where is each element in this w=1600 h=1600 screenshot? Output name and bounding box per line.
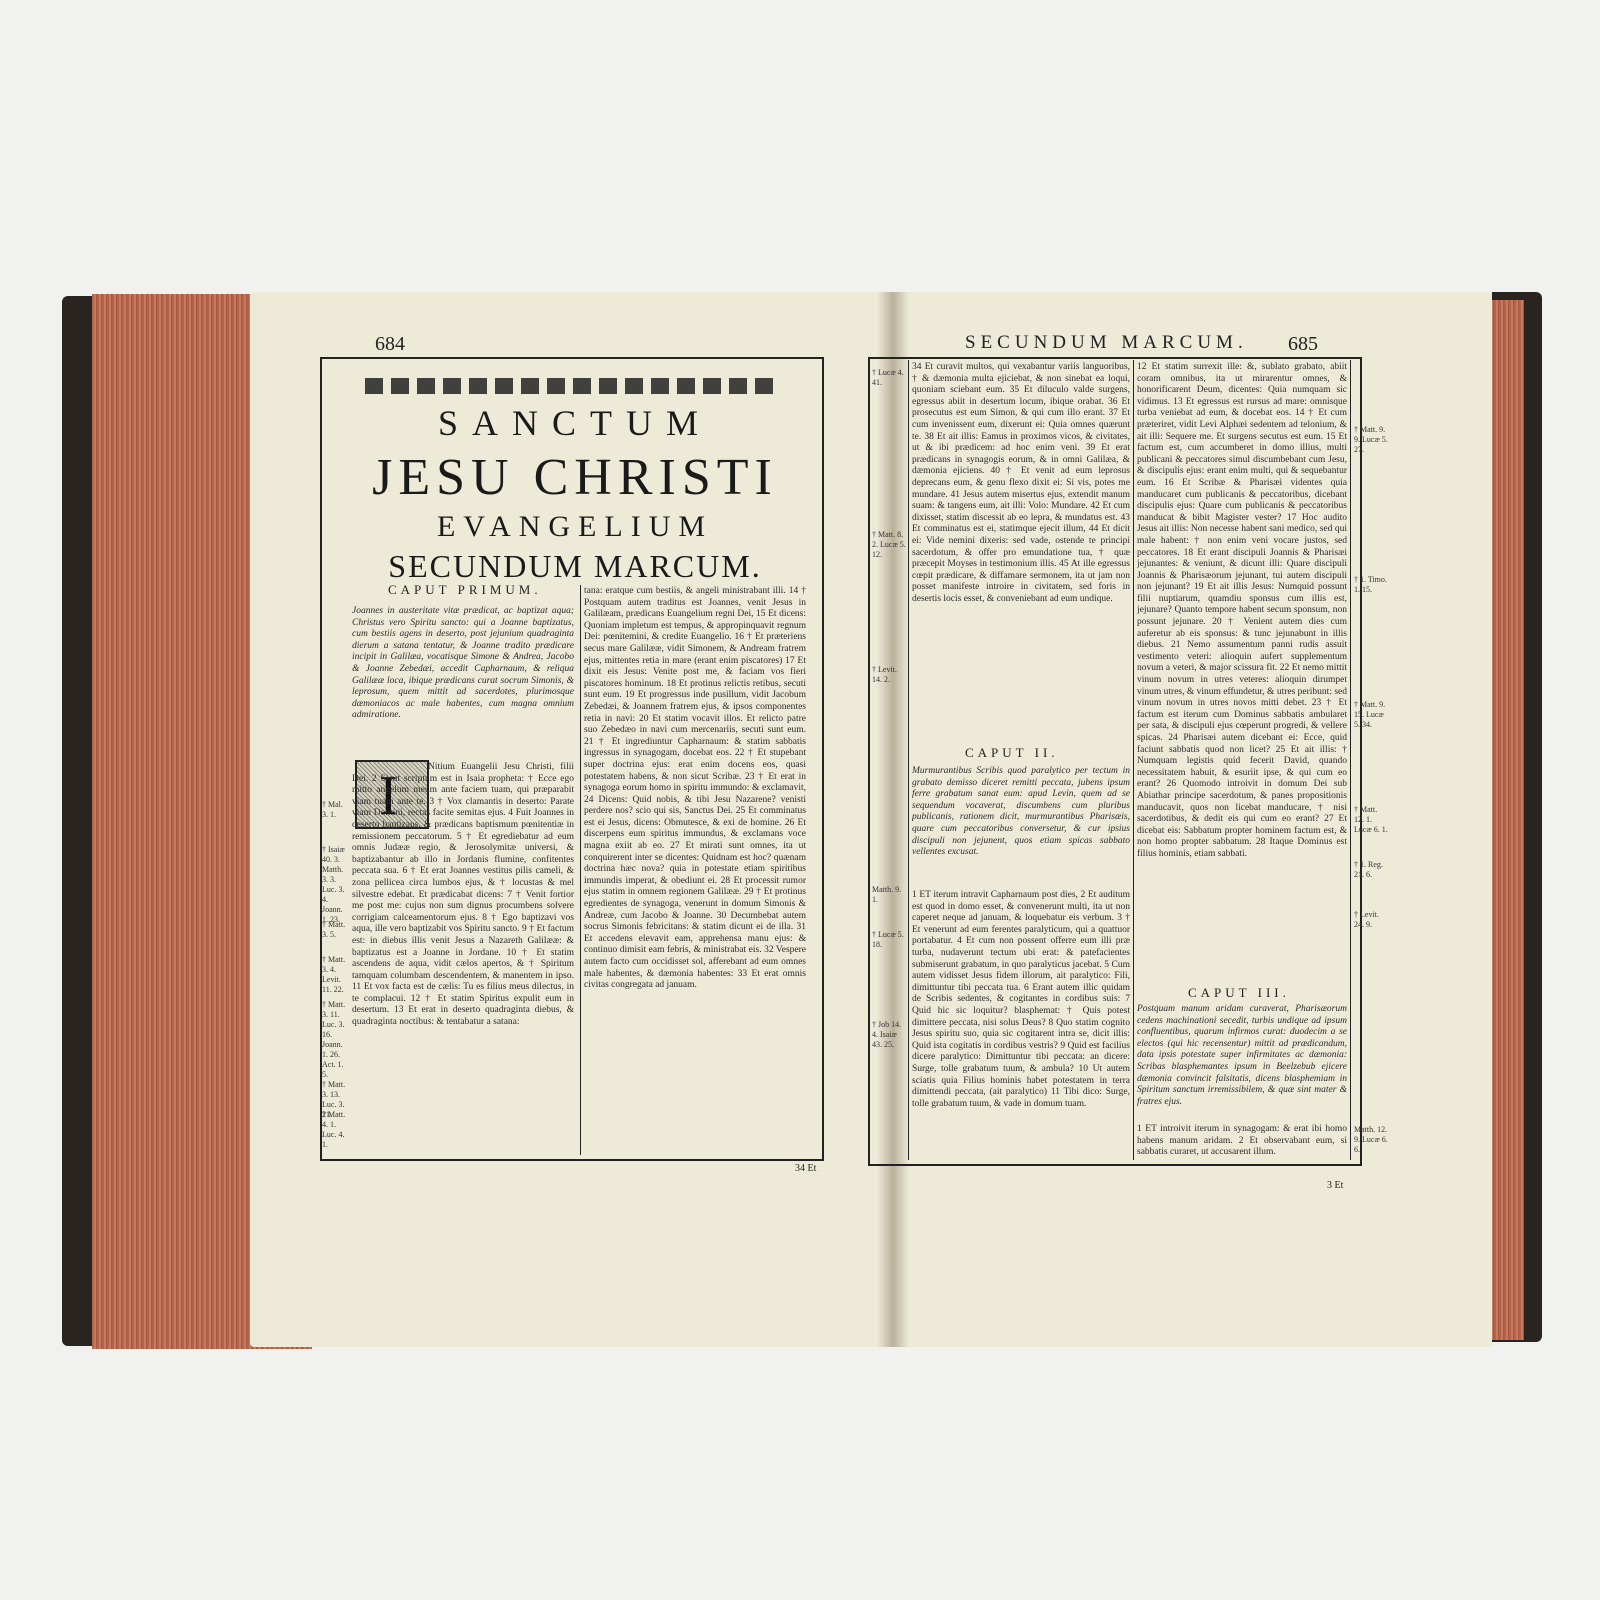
chapter-1-summary: Joannes in austeritate vitæ prædicat, ac… <box>352 606 574 746</box>
title-line-3: EVANGELIUM <box>330 510 820 544</box>
right-running-head: SECUNDUM MARCUM. <box>965 332 1248 354</box>
margin-ref: † 1. Reg. 21. 6. <box>1354 860 1388 880</box>
margin-ref: † Matt. 3. 5. <box>322 920 350 940</box>
column-rule <box>1133 360 1134 1160</box>
left-page-number: 684 <box>375 333 405 356</box>
margin-ref: † Matt. 3. 11. Luc. 3. 16. Joann. 1. 26.… <box>322 1000 350 1080</box>
chapter-2-text: 1 ET iterum intravit Capharnaum post die… <box>912 890 1130 1155</box>
ornament-band <box>365 378 775 394</box>
margin-ref: † 1. Timo. 1. 15. <box>1354 575 1388 595</box>
chapter-2-heading: CAPUT II. <box>965 745 1059 761</box>
margin-rule <box>908 360 909 1160</box>
chapter-3-text: 1 ET introivit iterum in synagogam: & er… <box>1137 1124 1347 1158</box>
right-page-column-1: 34 Et curavit multos, qui vexabantur var… <box>912 362 1130 722</box>
title-line-2: JESU CHRISTI <box>330 448 820 507</box>
margin-ref: Matth. 12. 9. Lucæ 6. 6. <box>1354 1125 1388 1155</box>
margin-ref: † Matt. 9. 15. Lucæ 5. 34. <box>1354 700 1388 730</box>
margin-ref: † Lucæ 4. 41. <box>872 368 906 388</box>
title-line-1: SANCTUM <box>330 402 820 444</box>
margin-ref: † Matt. 9. 9. Lucæ 5. 27. <box>1354 425 1388 455</box>
chapter-3-summary: Postquam manum aridam curaverat, Pharisæ… <box>1137 1004 1347 1119</box>
right-page-column-2: 12 Et statim surrexit ille: &, sublato g… <box>1137 362 1347 962</box>
margin-ref: † Mal. 3. 1. <box>322 800 350 820</box>
margin-rule <box>1350 360 1351 1160</box>
margin-ref: † Levit. 14. 2. <box>872 665 906 685</box>
margin-ref: † Matt. 3. 4. Levit. 11. 22. <box>322 955 350 995</box>
left-page-column-1: Nitium Euangelii Jesu Christi, filii Dei… <box>352 762 574 1152</box>
margin-ref: † Matt. 4. 1. Luc. 4. 1. <box>322 1110 350 1150</box>
margin-ref: Matth. 9. 1. <box>872 885 906 905</box>
right-catchword: 3 Et <box>1327 1180 1343 1191</box>
margin-ref: † Isaiæ 40. 3. Matth. 3. 3. Luc. 3. 4. J… <box>322 845 350 925</box>
left-catchword: 34 Et <box>795 1163 816 1174</box>
column-rule <box>580 585 581 1155</box>
margin-ref: † Lucæ 5. 18. <box>872 930 906 950</box>
chapter-1-heading: CAPUT PRIMUM. <box>388 582 542 598</box>
chapter-3-heading: CAPUT III. <box>1188 985 1290 1001</box>
left-page-column-2: tana: eratque cum bestiis, & angeli mini… <box>584 586 806 1151</box>
margin-ref: † Levit. 24. 9. <box>1354 910 1388 930</box>
chapter-2-summary: Murmurantibus Scribis quod paralytico pe… <box>912 766 1130 886</box>
right-page-number: 685 <box>1288 333 1318 356</box>
margin-ref: † Matt. 12. 1. Lucæ 6. 1. <box>1354 805 1388 835</box>
margin-ref: † Job 14. 4. Isaiæ 43. 25. <box>872 1020 906 1050</box>
title-line-4: SECUNDUM MARCUM. <box>330 548 820 585</box>
margin-ref: † Matt. 8. 2. Lucæ 5. 12. <box>872 530 906 560</box>
